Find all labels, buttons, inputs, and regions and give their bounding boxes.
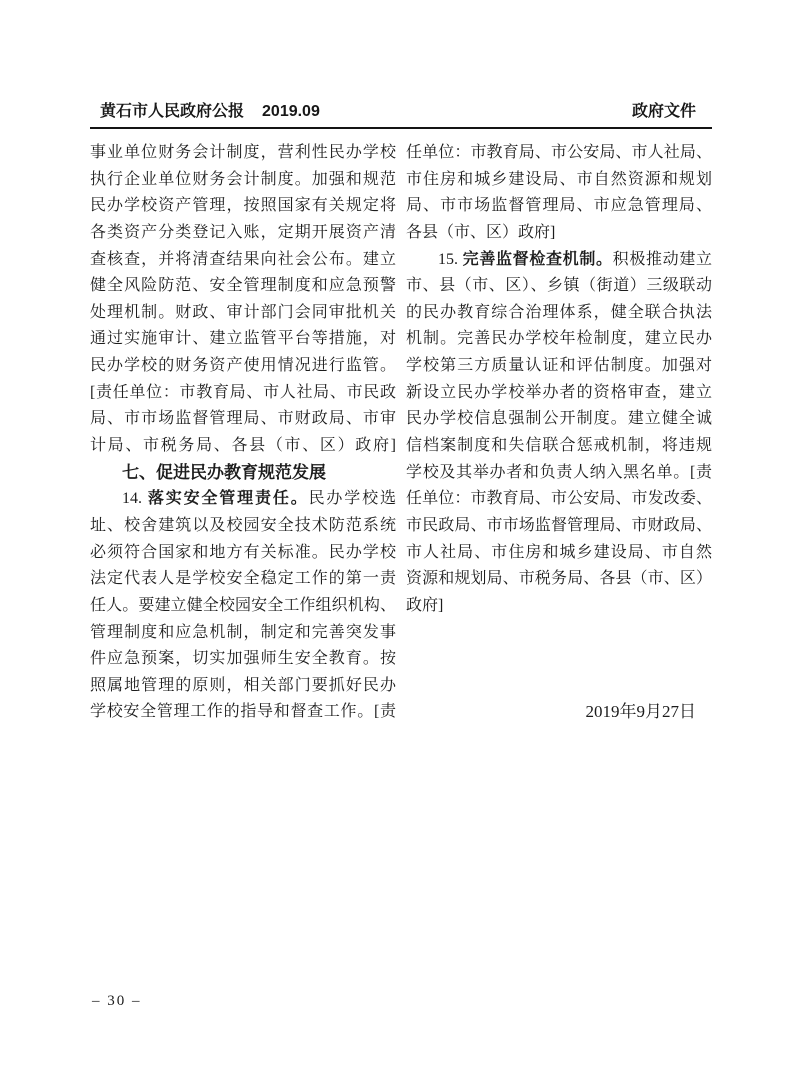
paragraph-line: 必须符合国家和地方有关标准。民办学校 xyxy=(90,540,396,567)
item-rest: 民办学校选 xyxy=(309,490,396,507)
paragraph-line: 学校及其举办者和负责人纳入黑名单。[责 xyxy=(406,460,712,487)
paragraph-line: 计局、市税务局、各县（市、区）政府] xyxy=(90,433,396,460)
item-number: 14. xyxy=(122,490,148,507)
date-line: 2019年9月27日 xyxy=(406,699,712,726)
item-start-line: 15. 完善监督检查机制。积极推动建立 xyxy=(406,247,712,274)
section-label: 政府文件 xyxy=(632,102,696,122)
paragraph-line: 市民政局、市市场监督管理局、市财政局、 xyxy=(406,513,712,540)
paragraph-line: 民办学校信息强制公开制度。建立健全诚 xyxy=(406,406,712,433)
item-title: 完善监督检查机制。 xyxy=(463,251,613,268)
paragraph-end-line: 政府] xyxy=(406,593,712,620)
paragraph-line: 市人社局、市住房和城乡建设局、市自然 xyxy=(406,540,712,567)
left-column: 事业单位财务会计制度，营利性民办学校执行企业单位财务会计制度。加强和规范民办学校… xyxy=(90,140,396,726)
header-left: 黄石市人民政府公报 2019.09 xyxy=(100,102,320,122)
paragraph-line: 管理制度和应急机制，制定和完善突发事 xyxy=(90,620,396,647)
paragraph-end-line: 各县（市、区）政府] xyxy=(406,220,712,247)
item-start-line: 14. 落实安全管理责任。民办学校选 xyxy=(90,486,396,513)
paragraph-line: 处理机制。财政、审计部门会同审批机关 xyxy=(90,300,396,327)
paragraph-line: 民办学校资产管理，按照国家有关规定将 xyxy=(90,193,396,220)
content-columns: 事业单位财务会计制度，营利性民办学校执行企业单位财务会计制度。加强和规范民办学校… xyxy=(90,140,712,726)
paragraph-line: 资源和规划局、市税务局、各县（市、区） xyxy=(406,566,712,593)
section-heading: 七、促进民办教育规范发展 xyxy=(90,460,396,487)
right-column: 任单位：市教育局、市公安局、市人社局、市住房和城乡建设局、市自然资源和规划局、市… xyxy=(406,140,712,726)
issue-number: 2019.09 xyxy=(262,102,320,122)
paragraph-line: 执行企业单位财务会计制度。加强和规范 xyxy=(90,167,396,194)
paragraph-line: 任单位：市教育局、市公安局、市发改委、 xyxy=(406,486,712,513)
paragraph-line: 学校第三方质量认证和评估制度。加强对 xyxy=(406,353,712,380)
paragraph-line: 局、市市场监督管理局、市财政局、市审 xyxy=(90,406,396,433)
paragraph-line: 市、县（市、区）、乡镇（街道）三级联动 xyxy=(406,273,712,300)
paragraph-line: [责任单位：市教育局、市人社局、市民政 xyxy=(90,380,396,407)
paragraph-line: 新设立民办学校举办者的资格审查，建立 xyxy=(406,380,712,407)
paragraph-line: 信档案制度和失信联合惩戒机制，将违规 xyxy=(406,433,712,460)
paragraph-line: 任人。要建立健全校园安全工作组织机构、 xyxy=(90,593,396,620)
paragraph-line: 照属地管理的原则，相关部门要抓好民办 xyxy=(90,673,396,700)
paragraph-line: 查核查，并将清查结果向社会公布。建立 xyxy=(90,247,396,274)
paragraph-line: 通过实施审计、建立监管平台等措施，对 xyxy=(90,326,396,353)
paragraph-line: 健全风险防范、安全管理制度和应急预警 xyxy=(90,273,396,300)
item-rest: 积极推动建立 xyxy=(613,251,712,268)
page-content: 黄石市人民政府公报 2019.09 政府文件 事业单位财务会计制度，营利性民办学… xyxy=(90,102,712,726)
paragraph-line: 各类资产分类登记入账，定期开展资产清 xyxy=(90,220,396,247)
paragraph-line: 的民办教育综合治理体系，健全联合执法 xyxy=(406,300,712,327)
publication-title: 黄石市人民政府公报 xyxy=(100,102,244,122)
page-header: 黄石市人民政府公报 2019.09 政府文件 xyxy=(90,102,712,122)
item-title: 落实安全管理责任。 xyxy=(148,490,309,507)
paragraph-line: 法定代表人是学校安全稳定工作的第一责 xyxy=(90,566,396,593)
paragraph-line: 市住房和城乡建设局、市自然资源和规划 xyxy=(406,167,712,194)
paragraph-line: 址、校舍建筑以及校园安全技术防范系统 xyxy=(90,513,396,540)
header-rule xyxy=(90,127,712,129)
paragraph-line: 机制。完善民办学校年检制度，建立民办 xyxy=(406,326,712,353)
paragraph-line: 件应急预案，切实加强师生安全教育。按 xyxy=(90,646,396,673)
document-page: 黄石市人民政府公报 2019.09 政府文件 事业单位财务会计制度，营利性民办学… xyxy=(0,0,800,1085)
item-number: 15. xyxy=(438,251,463,268)
paragraph-line: 学校安全管理工作的指导和督查工作。[责 xyxy=(90,699,396,726)
paragraph-line: 事业单位财务会计制度，营利性民办学校 xyxy=(90,140,396,167)
paragraph-line: 任单位：市教育局、市公安局、市人社局、 xyxy=(406,140,712,167)
paragraph-line: 局、市市场监督管理局、市应急管理局、 xyxy=(406,193,712,220)
paragraph-line: 民办学校的财务资产使用情况进行监管。 xyxy=(90,353,396,380)
page-number: – 30 – xyxy=(92,993,142,1010)
